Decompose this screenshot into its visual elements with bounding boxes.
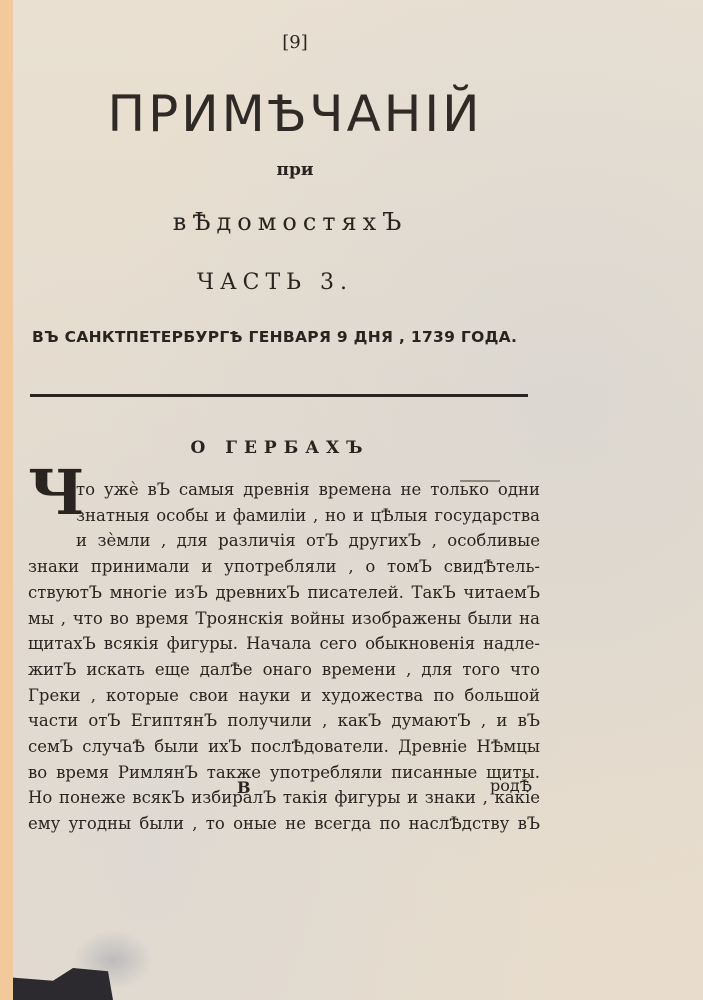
body-line: ему угодны были , то оные не всегда по н… xyxy=(28,811,540,837)
part-number: ЧАСТЬ 3. xyxy=(175,270,375,295)
dateline: ВЪ САНКТПЕТЕРБУРГѢ ГЕНВАРЯ 9 ДНЯ , 1739 … xyxy=(32,328,542,346)
catchword: родѢ xyxy=(490,776,532,795)
body-text: то ужѐ вЪ самыя древнія времена не тольк… xyxy=(28,477,540,837)
body-line: знатныя особы и фамиліи , но и цѢлыя гос… xyxy=(28,503,540,529)
page-edge xyxy=(0,0,13,1000)
body-line: и зѐмли , для различія отЪ другихЪ , осо… xyxy=(28,528,540,554)
page-number: [9] xyxy=(270,32,320,53)
body-line: житЪ искать еще далѢе онаго времени , дл… xyxy=(28,657,540,683)
body-line: Но понеже всякЪ избиралЪ такія фигуры и … xyxy=(28,785,540,811)
horizontal-rule xyxy=(30,394,528,397)
page-title: ПРИМѢЧАНІЙ xyxy=(80,85,510,143)
section-heading: О ГЕРБАХЪ xyxy=(160,438,400,458)
subtitle-pri: при xyxy=(260,160,330,180)
body-line: Греки , которые свои науки и художества … xyxy=(28,683,540,709)
body-line: ствуютЪ многіе изЪ древнихЪ писателей. Т… xyxy=(28,580,540,606)
body-line: мы , что во время Троянскія войны изобра… xyxy=(28,606,540,632)
subtitle-vedomostyakh: вѢдомостяхЪ xyxy=(120,208,460,236)
body-line: во время РимлянЪ также употребляли писан… xyxy=(28,760,540,786)
ink-blot xyxy=(13,968,113,1000)
body-line: то ужѐ вЪ самыя древнія времена не тольк… xyxy=(28,477,540,503)
body-line: знаки принимали и употребляли , о томЪ с… xyxy=(28,554,540,580)
body-line: семЪ случаѢ были ихЪ послѢдователи. Древ… xyxy=(28,734,540,760)
body-line: части отЪ ЕгиптянЪ получили , какЪ думаю… xyxy=(28,708,540,734)
signature-mark: B xyxy=(237,778,251,797)
body-line: щитахЪ всякія фигуры. Начала сего обыкно… xyxy=(28,631,540,657)
